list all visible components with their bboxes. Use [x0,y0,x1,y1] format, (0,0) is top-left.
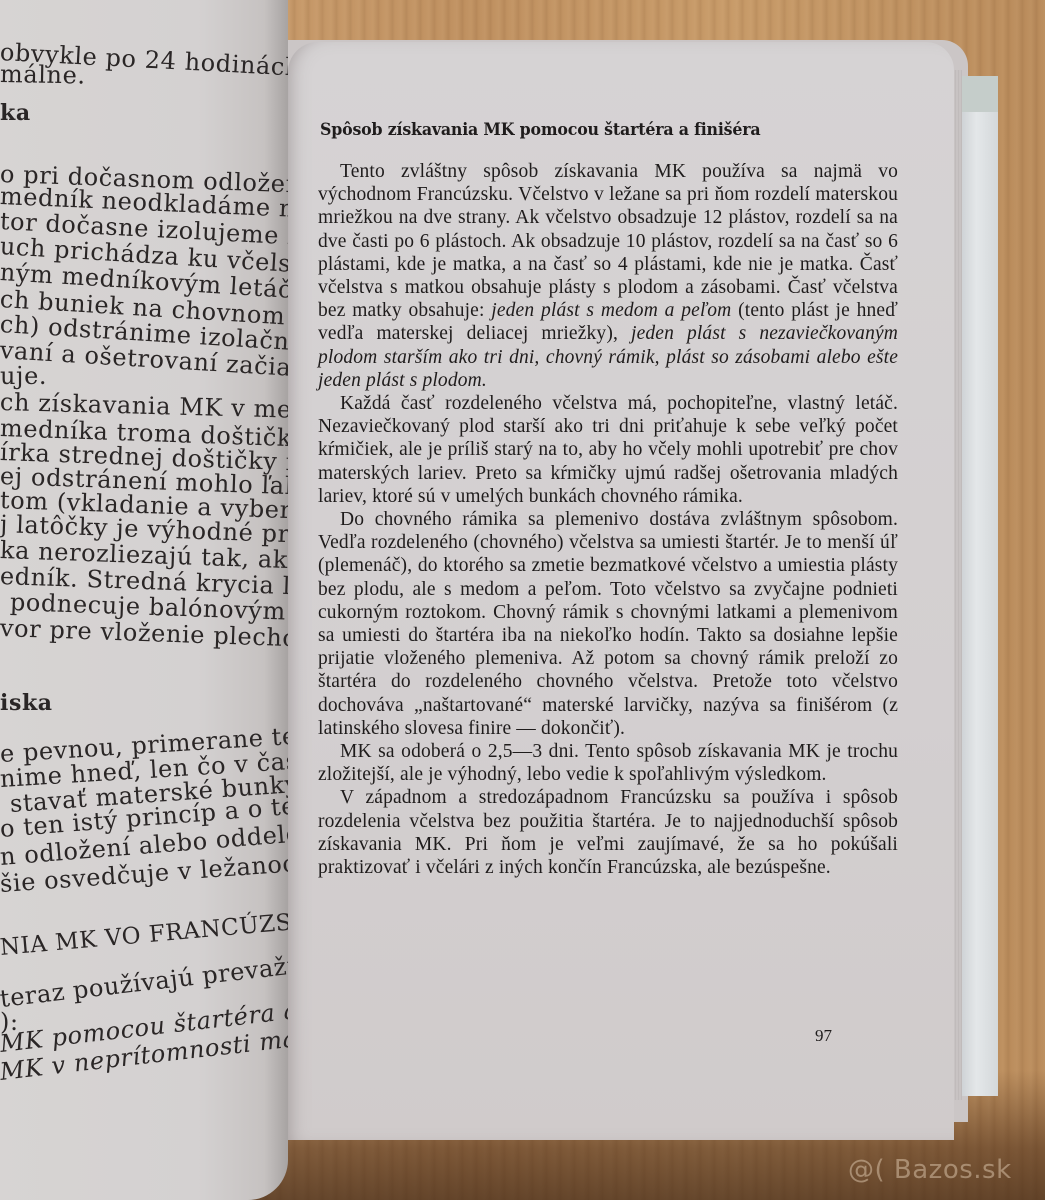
paragraph: Do chovného rámika sa plemenivo dostáva … [318,508,898,740]
paragraph-text: MK sa odoberá o 2,5—3 dni. Tento spôsob … [318,741,898,785]
paragraph: Každá časť rozdeleného včelstva má, poch… [318,392,898,508]
paragraph-text: Tento zvláštny spôsob získavania MK použ… [318,161,898,321]
page-number: 97 [815,1026,832,1046]
paragraph-text: Každá časť rozdeleného včelstva má, poch… [318,393,898,507]
left-page-line: málne. [0,60,86,89]
book-spine-top [962,76,998,112]
watermark: @( Bazos.sk [848,1155,1012,1185]
left-page: obvykle po 24 hodinách. V odcmálne.kao p… [0,0,288,1200]
paragraph: Tento zvláštny spôsob získavania MK použ… [318,160,898,392]
left-page-line: ka [0,100,31,126]
left-page-line: NIA MK VO FRANCÚZSKU [0,906,288,961]
paragraph: MK sa odoberá o 2,5—3 dni. Tento spôsob … [318,740,898,786]
book-spine [962,76,998,1096]
left-page-line: uje. [0,362,47,390]
paragraphs: Tento zvláštny spôsob získavania MK použ… [318,160,898,879]
paragraph: V západnom a stredozápadnom Francúzsku s… [318,786,898,879]
italic-text: jeden plást s medom a peľom [491,300,731,321]
left-page-line: iska [0,690,53,716]
right-page-content: Spôsob získavania MK pomocou štartéra a … [318,120,898,879]
section-title: Spôsob získavania MK pomocou štartéra a … [320,120,858,140]
paragraph-text: Do chovného rámika sa plemenivo dostáva … [318,509,898,739]
paragraph-text: V západnom a stredozápadnom Francúzsku s… [318,787,898,878]
